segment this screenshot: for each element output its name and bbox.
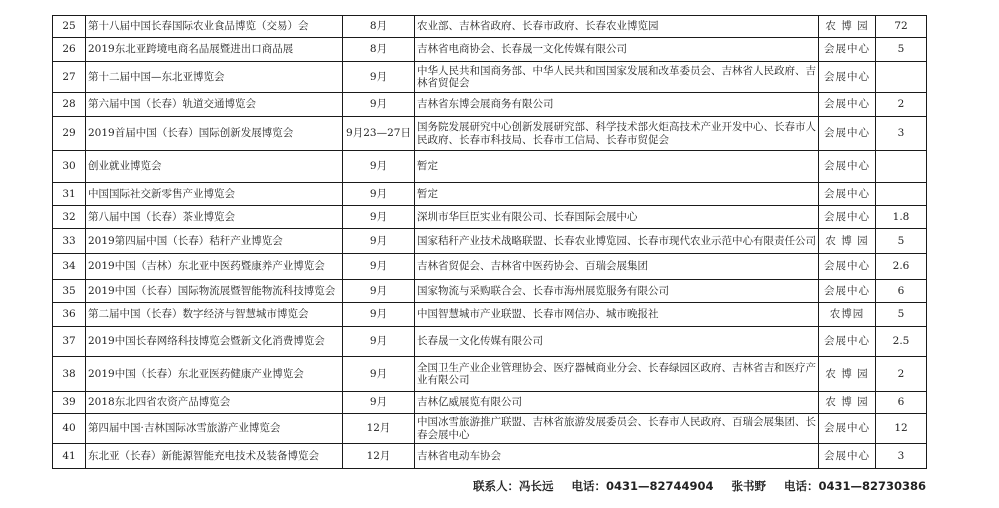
exhibition-name-cell: 2019东北亚跨境电商名品展暨进出口商品展 bbox=[86, 38, 343, 62]
exhibition-name-cell: 第十二届中国—东北亚博览会 bbox=[86, 62, 343, 93]
organizers-cell: 吉林省贸促会、吉林省中医药协会、百瑞会展集团 bbox=[415, 254, 819, 280]
contact-person-1: 联系人：冯长远 bbox=[473, 479, 554, 493]
organizers-cell: 国务院发展研究中心创新发展研究部、科学技术部火炬高技术产业开发中心、长春市人民政… bbox=[415, 117, 819, 151]
organizers-cell: 全国卫生产业企业管理协会、医疗器械商业分会、长春绿园区政府、吉林省吉和医疗产业有… bbox=[415, 357, 819, 392]
exhibition-date-cell: 9月 bbox=[343, 392, 415, 414]
venue-cell: 农 博 园 bbox=[819, 229, 876, 254]
table-body: 25第十八届中国长春国际农业食品博览（交易）会8月农业部、吉林省政府、长春市政府… bbox=[53, 16, 927, 469]
area-value-cell: 2.6 bbox=[876, 254, 927, 280]
table-row: 392018东北四省农资产品博览会9月吉林亿威展览有限公司农 博 园6 bbox=[53, 392, 927, 414]
venue-cell: 会展中心 bbox=[819, 206, 876, 229]
row-number-cell: 37 bbox=[53, 327, 86, 357]
row-number-cell: 35 bbox=[53, 280, 86, 303]
row-number-cell: 34 bbox=[53, 254, 86, 280]
venue-cell: 会展中心 bbox=[819, 444, 876, 469]
organizers-cell: 吉林亿威展览有限公司 bbox=[415, 392, 819, 414]
row-number-cell: 30 bbox=[53, 151, 86, 183]
venue-cell: 会展中心 bbox=[819, 38, 876, 62]
area-value-cell bbox=[876, 62, 927, 93]
area-value-cell: 12 bbox=[876, 414, 927, 444]
row-number-cell: 36 bbox=[53, 303, 86, 327]
exhibition-name-cell: 2019中国长春网络科技博览会暨新文化消费博览会 bbox=[86, 327, 343, 357]
row-number-cell: 27 bbox=[53, 62, 86, 93]
exhibition-name-cell: 2019中国（吉林）东北亚中医药暨康养产业博览会 bbox=[86, 254, 343, 280]
area-value-cell: 2 bbox=[876, 357, 927, 392]
table-row: 30创业就业博览会9月暂定会展中心 bbox=[53, 151, 927, 183]
row-number-cell: 39 bbox=[53, 392, 86, 414]
area-value-cell: 3 bbox=[876, 444, 927, 469]
exhibition-date-cell: 9月 bbox=[343, 280, 415, 303]
table-row: 332019第四届中国（长春）秸秆产业博览会9月国家秸秆产业技术战略联盟、长春农… bbox=[53, 229, 927, 254]
exhibition-date-cell: 9月 bbox=[343, 151, 415, 183]
row-number-cell: 32 bbox=[53, 206, 86, 229]
venue-cell: 会展中心 bbox=[819, 254, 876, 280]
table-row: 40第四届中国·吉林国际冰雪旅游产业博览会12月中国冰雪旅游推广联盟、吉林省旅游… bbox=[53, 414, 927, 444]
venue-cell: 会展中心 bbox=[819, 62, 876, 93]
row-number-cell: 28 bbox=[53, 93, 86, 117]
exhibition-name-cell: 创业就业博览会 bbox=[86, 151, 343, 183]
area-value-cell bbox=[876, 183, 927, 206]
table-row: 292019首届中国（长春）国际创新发展博览会9月23—27日国务院发展研究中心… bbox=[53, 117, 927, 151]
organizers-cell: 国家秸秆产业技术战略联盟、长春农业博览园、长春市现代农业示范中心有限责任公司 bbox=[415, 229, 819, 254]
row-number-cell: 40 bbox=[53, 414, 86, 444]
area-value-cell: 1.8 bbox=[876, 206, 927, 229]
area-value-cell: 6 bbox=[876, 280, 927, 303]
organizers-cell: 吉林省东博会展商务有限公司 bbox=[415, 93, 819, 117]
exhibition-date-cell: 9月 bbox=[343, 303, 415, 327]
organizers-cell: 国家物流与采购联合会、长春市海州展览服务有限公司 bbox=[415, 280, 819, 303]
area-value-cell bbox=[876, 151, 927, 183]
contact-person-2: 张书野 bbox=[732, 479, 767, 493]
venue-cell: 会展中心 bbox=[819, 151, 876, 183]
venue-cell: 农 博 园 bbox=[819, 392, 876, 414]
exhibition-date-cell: 12月 bbox=[343, 414, 415, 444]
table-row: 32第八届中国（长春）茶业博览会9月深圳市华巨臣实业有限公司、长春国际会展中心会… bbox=[53, 206, 927, 229]
venue-cell: 会展中心 bbox=[819, 414, 876, 444]
exhibition-date-cell: 8月 bbox=[343, 16, 415, 38]
exhibition-name-cell: 2018东北四省农资产品博览会 bbox=[86, 392, 343, 414]
venue-cell: 农 博 园 bbox=[819, 357, 876, 392]
exhibition-name-cell: 第四届中国·吉林国际冰雪旅游产业博览会 bbox=[86, 414, 343, 444]
area-value-cell: 2 bbox=[876, 93, 927, 117]
row-number-cell: 26 bbox=[53, 38, 86, 62]
venue-cell: 会展中心 bbox=[819, 327, 876, 357]
table-row: 382019中国（长春）东北亚医药健康产业博览会9月全国卫生产业企业管理协会、医… bbox=[53, 357, 927, 392]
table-row: 342019中国（吉林）东北亚中医药暨康养产业博览会9月吉林省贸促会、吉林省中医… bbox=[53, 254, 927, 280]
venue-cell: 农 博 园 bbox=[819, 16, 876, 38]
area-value-cell: 6 bbox=[876, 392, 927, 414]
exhibition-name-cell: 第二届中国（长春）数字经济与智慧城市博览会 bbox=[86, 303, 343, 327]
row-number-cell: 31 bbox=[53, 183, 86, 206]
row-number-cell: 41 bbox=[53, 444, 86, 469]
exhibition-name-cell: 第六届中国（长春）轨道交通博览会 bbox=[86, 93, 343, 117]
venue-cell: 会展中心 bbox=[819, 280, 876, 303]
exhibition-name-cell: 第十八届中国长春国际农业食品博览（交易）会 bbox=[86, 16, 343, 38]
area-value-cell: 3 bbox=[876, 117, 927, 151]
table-row: 27第十二届中国—东北亚博览会9月中华人民共和国商务部、中华人民共和国国家发展和… bbox=[53, 62, 927, 93]
area-value-cell: 5 bbox=[876, 38, 927, 62]
exhibition-name-cell: 2019中国（长春）东北亚医药健康产业博览会 bbox=[86, 357, 343, 392]
organizers-cell: 长春晟一文化传媒有限公司 bbox=[415, 327, 819, 357]
exhibition-name-cell: 2019中国（长春）国际物流展暨智能物流科技博览会 bbox=[86, 280, 343, 303]
organizers-cell: 深圳市华巨臣实业有限公司、长春国际会展中心 bbox=[415, 206, 819, 229]
contact-phone-2: 电话：0431—82730386 bbox=[784, 479, 926, 493]
venue-cell: 会展中心 bbox=[819, 93, 876, 117]
exhibition-date-cell: 8月 bbox=[343, 38, 415, 62]
row-number-cell: 25 bbox=[53, 16, 86, 38]
table-row: 31中国国际社交新零售产业博览会9月暂定会展中心 bbox=[53, 183, 927, 206]
table-row: 25第十八届中国长春国际农业食品博览（交易）会8月农业部、吉林省政府、长春市政府… bbox=[53, 16, 927, 38]
area-value-cell: 5 bbox=[876, 229, 927, 254]
exhibition-name-cell: 东北亚（长春）新能源智能充电技术及装备博览会 bbox=[86, 444, 343, 469]
exhibition-date-cell: 12月 bbox=[343, 444, 415, 469]
contact-phone-1: 电话：0431—82744904 bbox=[572, 479, 714, 493]
organizers-cell: 农业部、吉林省政府、长春市政府、长春农业博览园 bbox=[415, 16, 819, 38]
exhibition-name-cell: 中国国际社交新零售产业博览会 bbox=[86, 183, 343, 206]
organizers-cell: 吉林省电动车协会 bbox=[415, 444, 819, 469]
organizers-cell: 中国冰雪旅游推广联盟、吉林省旅游发展委员会、长春市人民政府、百瑞会展集团、长春会… bbox=[415, 414, 819, 444]
venue-cell: 会展中心 bbox=[819, 117, 876, 151]
exhibition-name-cell: 2019首届中国（长春）国际创新发展博览会 bbox=[86, 117, 343, 151]
row-number-cell: 38 bbox=[53, 357, 86, 392]
exhibition-date-cell: 9月 bbox=[343, 206, 415, 229]
table-row: 262019东北亚跨境电商名品展暨进出口商品展8月吉林省电商协会、长春晟一文化传… bbox=[53, 38, 927, 62]
exhibition-date-cell: 9月23—27日 bbox=[343, 117, 415, 151]
organizers-cell: 暂定 bbox=[415, 151, 819, 183]
table-row: 36第二届中国（长春）数字经济与智慧城市博览会9月中国智慧城市产业联盟、长春市网… bbox=[53, 303, 927, 327]
row-number-cell: 33 bbox=[53, 229, 86, 254]
exhibition-date-cell: 9月 bbox=[343, 327, 415, 357]
area-value-cell: 72 bbox=[876, 16, 927, 38]
organizers-cell: 中国智慧城市产业联盟、长春市网信办、城市晚报社 bbox=[415, 303, 819, 327]
exhibition-date-cell: 9月 bbox=[343, 357, 415, 392]
exhibition-name-cell: 第八届中国（长春）茶业博览会 bbox=[86, 206, 343, 229]
table-row: 41东北亚（长春）新能源智能充电技术及装备博览会12月吉林省电动车协会会展中心3 bbox=[53, 444, 927, 469]
table-row: 372019中国长春网络科技博览会暨新文化消费博览会9月长春晟一文化传媒有限公司… bbox=[53, 327, 927, 357]
organizers-cell: 暂定 bbox=[415, 183, 819, 206]
area-value-cell: 5 bbox=[876, 303, 927, 327]
venue-cell: 农博园 bbox=[819, 303, 876, 327]
exhibition-date-cell: 9月 bbox=[343, 229, 415, 254]
contact-footer: 联系人：冯长远电话：0431—82744904张书野电话：0431—827303… bbox=[473, 478, 926, 494]
exhibition-date-cell: 9月 bbox=[343, 62, 415, 93]
table-row: 28第六届中国（长春）轨道交通博览会9月吉林省东博会展商务有限公司会展中心2 bbox=[53, 93, 927, 117]
area-value-cell: 2.5 bbox=[876, 327, 927, 357]
organizers-cell: 吉林省电商协会、长春晟一文化传媒有限公司 bbox=[415, 38, 819, 62]
venue-cell: 会展中心 bbox=[819, 183, 876, 206]
row-number-cell: 29 bbox=[53, 117, 86, 151]
organizers-cell: 中华人民共和国商务部、中华人民共和国国家发展和改革委员会、吉林省人民政府、吉林省… bbox=[415, 62, 819, 93]
exhibition-date-cell: 9月 bbox=[343, 93, 415, 117]
exhibition-name-cell: 2019第四届中国（长春）秸秆产业博览会 bbox=[86, 229, 343, 254]
exhibition-schedule-table: 25第十八届中国长春国际农业食品博览（交易）会8月农业部、吉林省政府、长春市政府… bbox=[52, 15, 927, 469]
table-row: 352019中国（长春）国际物流展暨智能物流科技博览会9月国家物流与采购联合会、… bbox=[53, 280, 927, 303]
exhibition-date-cell: 9月 bbox=[343, 183, 415, 206]
exhibition-date-cell: 9月 bbox=[343, 254, 415, 280]
